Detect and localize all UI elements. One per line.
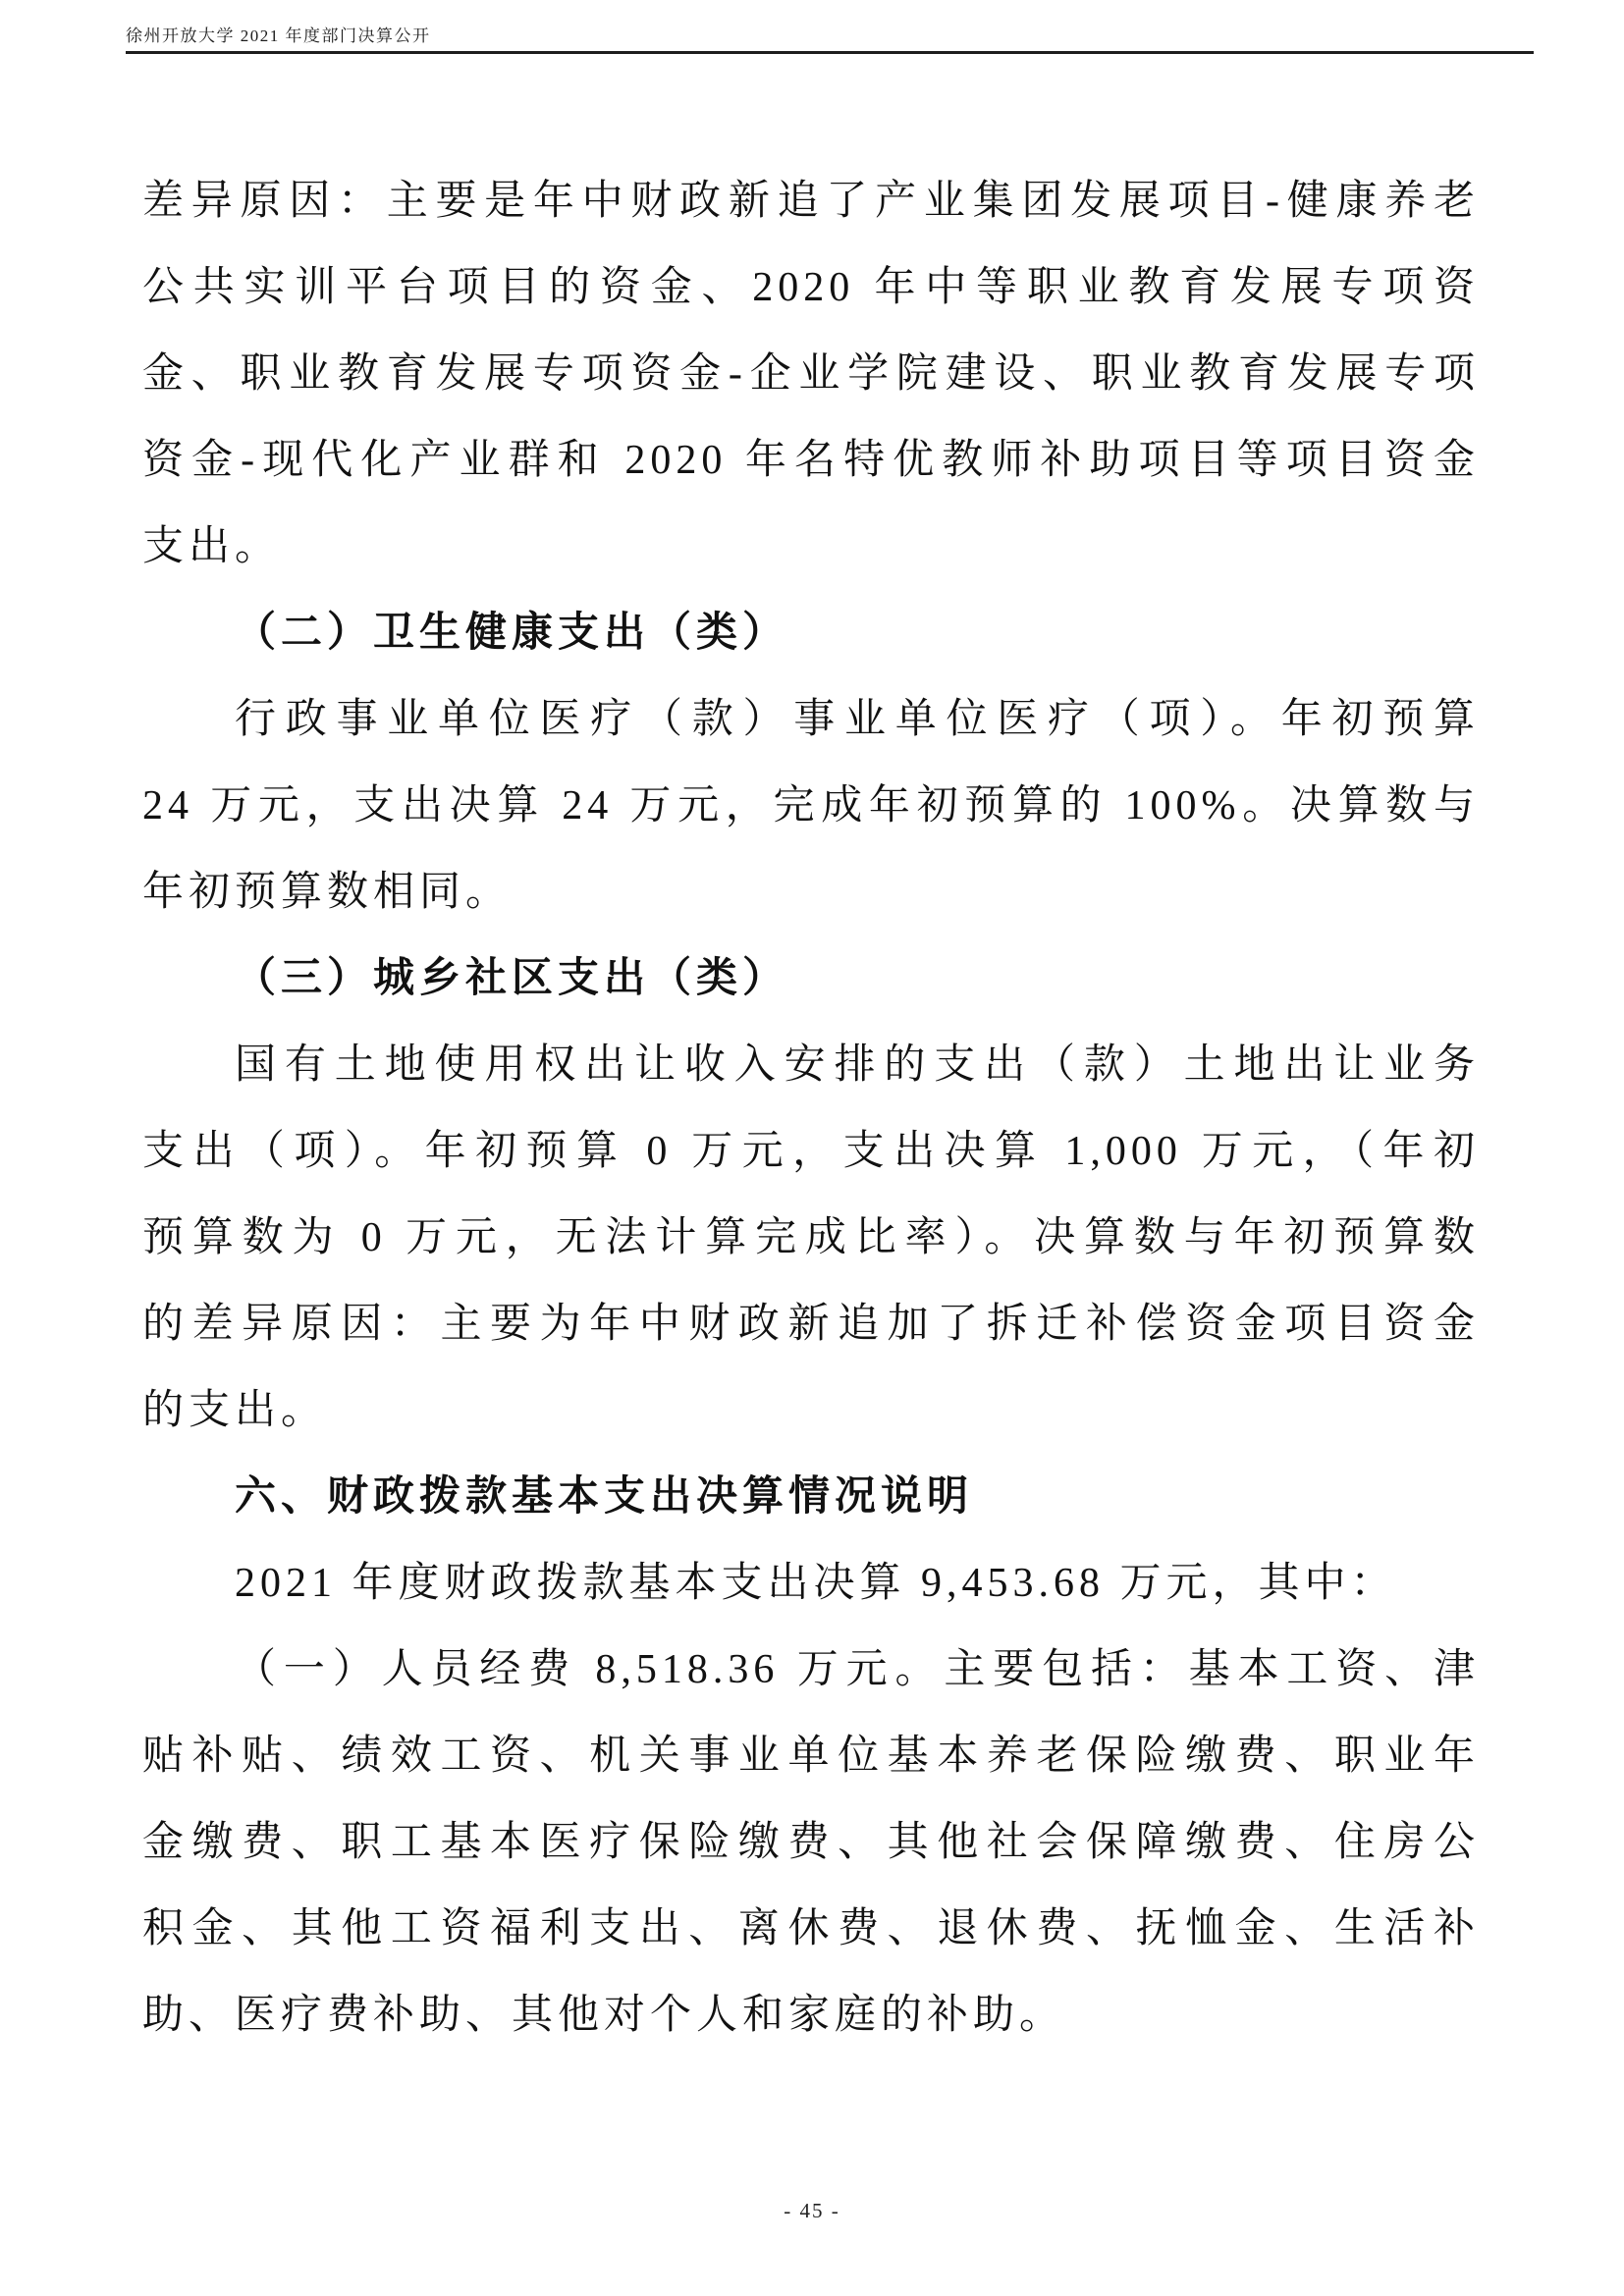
text-line: 金缴费、职工基本医疗保险缴费、其他社会保障缴费、住房公 xyxy=(142,1799,1480,1886)
text-line: 的支出。 xyxy=(142,1367,1480,1454)
text-line: 资金-现代化产业群和 2020 年名特优教师补助项目等项目资金 xyxy=(142,417,1480,504)
text-line: 差异原因：主要是年中财政新追了产业集团发展项目-健康养老 xyxy=(142,158,1480,244)
text-line: 国有土地使用权出让收入安排的支出（款）土地出让业务 xyxy=(142,1022,1480,1108)
text-line: 支出。 xyxy=(142,504,1480,590)
text-line: 的差异原因：主要为年中财政新追加了拆迁补偿资金项目资金 xyxy=(142,1281,1480,1367)
paragraph-urban-rural-community: 国有土地使用权出让收入安排的支出（款）土地出让业务 支出（项）。年初预算 0 万… xyxy=(142,1022,1480,1454)
heading-urban-rural-community: （三）城乡社区支出（类） xyxy=(142,935,1480,1022)
paragraph-variance-reason: 差异原因：主要是年中财政新追了产业集团发展项目-健康养老 公共实训平台项目的资金… xyxy=(142,158,1480,590)
paragraph-basic-expenditure-total: 2021 年度财政拨款基本支出决算 9,453.68 万元，其中： xyxy=(142,1540,1480,1627)
text-line: 积金、其他工资福利支出、离休费、退休费、抚恤金、生活补 xyxy=(142,1886,1480,1972)
text-line: 行政事业单位医疗（款）事业单位医疗（项）。年初预算 xyxy=(142,676,1480,763)
text-line: 预算数为 0 万元，无法计算完成比率）。决算数与年初预算数 xyxy=(142,1195,1480,1281)
text-line: 贴补贴、绩效工资、机关事业单位基本养老保险缴费、职业年 xyxy=(142,1713,1480,1799)
paragraph-health-expenditure: 行政事业单位医疗（款）事业单位医疗（项）。年初预算 24 万元，支出决算 24 … xyxy=(142,676,1480,935)
text-line: 支出（项）。年初预算 0 万元，支出决算 1,000 万元，（年初 xyxy=(142,1108,1480,1195)
heading-basic-expenditure-statement: 六、财政拨款基本支出决算情况说明 xyxy=(142,1454,1480,1540)
text-line: 金、职业教育发展专项资金-企业学院建设、职业教育发展专项 xyxy=(142,331,1480,417)
page-number: - 45 - xyxy=(784,2199,840,2222)
document-page: 徐州开放大学 2021 年度部门决算公开 差异原因：主要是年中财政新追了产业集团… xyxy=(0,0,1624,2296)
text-line: 公共实训平台项目的资金、2020 年中等职业教育发展专项资 xyxy=(142,244,1480,331)
text-line: 助、医疗费补助、其他对个人和家庭的补助。 xyxy=(142,1972,1480,2058)
text-line: 年初预算数相同。 xyxy=(142,849,1480,935)
text-line: （一）人员经费 8,518.36 万元。主要包括：基本工资、津 xyxy=(142,1627,1480,1713)
page-header: 徐州开放大学 2021 年度部门决算公开 xyxy=(126,27,1534,54)
text-line: 24 万元，支出决算 24 万元，完成年初预算的 100%。决算数与 xyxy=(142,763,1480,849)
paragraph-personnel-expense: （一）人员经费 8,518.36 万元。主要包括：基本工资、津 贴补贴、绩效工资… xyxy=(142,1627,1480,2058)
heading-health-expenditure: （二）卫生健康支出（类） xyxy=(142,590,1480,676)
header-title: 徐州开放大学 2021 年度部门决算公开 xyxy=(126,27,1534,46)
header-divider xyxy=(126,51,1534,54)
page-footer: - 45 - xyxy=(0,2199,1624,2223)
text-line: 2021 年度财政拨款基本支出决算 9,453.68 万元，其中： xyxy=(142,1540,1480,1627)
document-body: 差异原因：主要是年中财政新追了产业集团发展项目-健康养老 公共实训平台项目的资金… xyxy=(142,158,1480,2058)
